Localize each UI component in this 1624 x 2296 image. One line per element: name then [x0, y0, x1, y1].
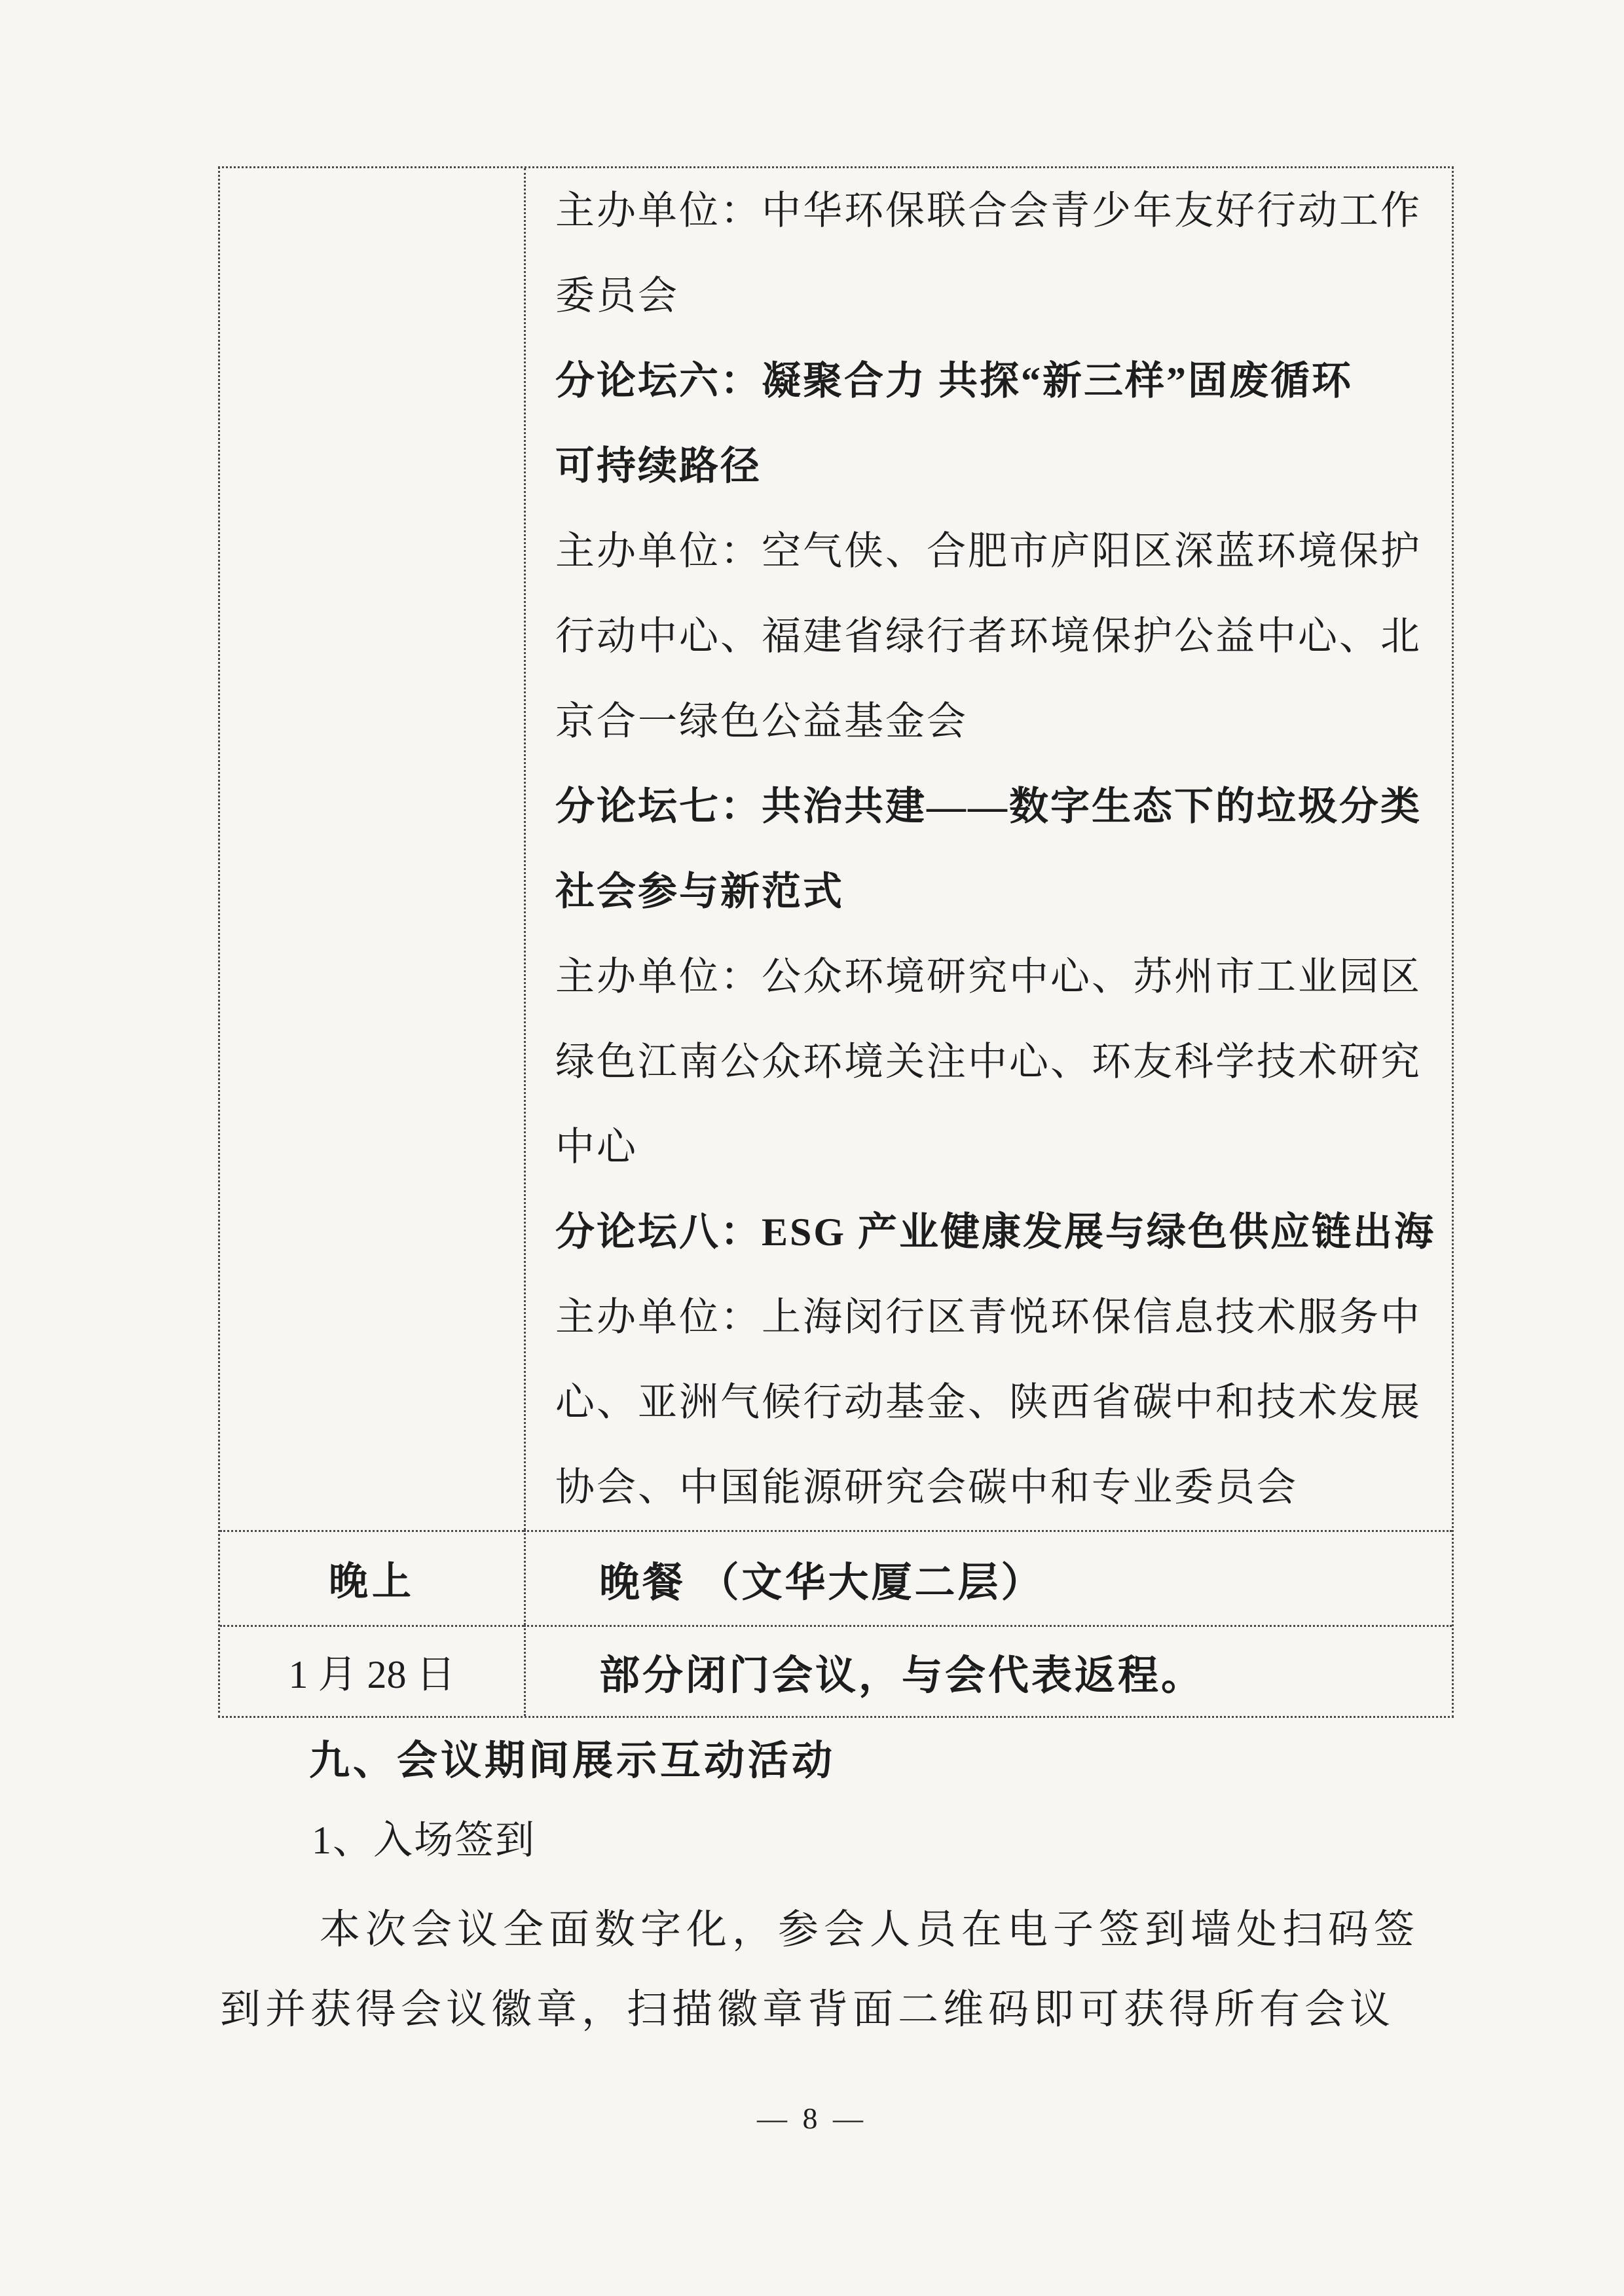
agenda-line: 分论坛六：凝聚合力 共探“新三样”固废循环: [555, 338, 1447, 424]
agenda-line: 主办单位：空气侠、合肥市庐阳区深蓝环境保护: [555, 509, 1447, 594]
item-title-signin: 1、入场签到: [312, 1821, 536, 1860]
activity-cell-dinner: 晚餐 （文华大厦二层）: [524, 1530, 1452, 1625]
agenda-line: 委员会: [555, 253, 1447, 338]
agenda-line: 绿色江南公众环境关注中心、环友科学技术研究: [555, 1019, 1447, 1104]
paragraph-line-1: 本次会议全面数字化，参会人员在电子签到墙处扫码签: [320, 1910, 1420, 1950]
time-cell-evening: 晚上: [220, 1530, 524, 1625]
agenda-cell: 主办单位：中华环保联合会青少年友好行动工作 委员会 分论坛六：凝聚合力 共探“新…: [524, 168, 1452, 1530]
time-cell-empty: [220, 168, 524, 1530]
agenda-line: 可持续路径: [555, 424, 1447, 509]
agenda-line: 社会参与新范式: [555, 849, 1447, 934]
paragraph-line-2: 到并获得会议徽章，扫描徽章背面二维码即可获得所有会议: [220, 1990, 1395, 2030]
agenda-line: 主办单位：上海闵行区青悦环保信息技术服务中: [555, 1275, 1447, 1360]
agenda-line: 行动中心、福建省绿行者环境保护公益中心、北: [555, 594, 1447, 679]
page-number: — 8 —: [0, 2104, 1624, 2134]
time-cell-jan28: 1 月 28 日: [220, 1625, 524, 1716]
agenda-line: 分论坛八：ESG 产业健康发展与绿色供应链出海: [555, 1190, 1447, 1275]
document-page: 主办单位：中华环保联合会青少年友好行动工作 委员会 分论坛六：凝聚合力 共探“新…: [0, 0, 1624, 2296]
agenda-line: 协会、中国能源研究会碳中和专业委员会: [555, 1445, 1447, 1530]
agenda-line: 心、亚洲气候行动基金、陕西省碳中和技术发展: [555, 1360, 1447, 1445]
schedule-table: 主办单位：中华环保联合会青少年友好行动工作 委员会 分论坛六：凝聚合力 共探“新…: [218, 166, 1454, 1718]
agenda-line: 主办单位：公众环境研究中心、苏州市工业园区: [555, 934, 1447, 1019]
agenda-line: 分论坛七：共治共建——数字生态下的垃圾分类: [555, 764, 1447, 849]
activity-cell-return: 部分闭门会议，与会代表返程。: [524, 1625, 1452, 1716]
section-heading: 九、会议期间展示互动活动: [309, 1741, 836, 1781]
agenda-line: 中心: [555, 1104, 1447, 1190]
agenda-line: 主办单位：中华环保联合会青少年友好行动工作: [555, 168, 1447, 253]
agenda-line: 京合一绿色公益基金会: [555, 679, 1447, 764]
